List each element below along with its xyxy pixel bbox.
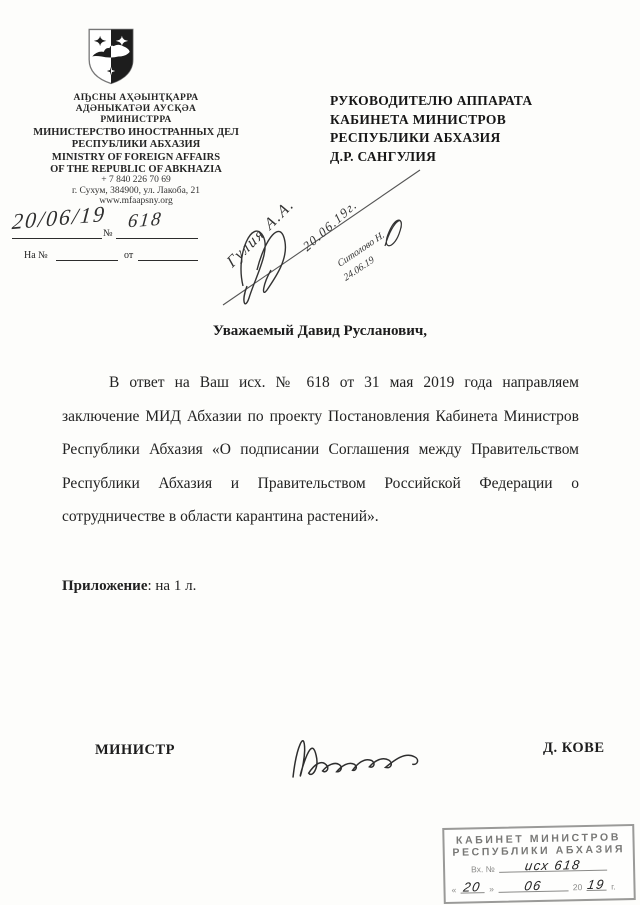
stamp-year-suffix: г.: [611, 881, 616, 891]
outgoing-number-handwritten: 618: [127, 209, 164, 234]
incoming-ref-from-label: от: [124, 250, 133, 261]
registration-stamp: КАБИНЕТ МИНИСТРОВ РЕСПУБЛИКИ АБХАЗИЯ Вх.…: [442, 824, 636, 904]
incoming-ref-number-blank: [56, 250, 118, 261]
incoming-ref-date-blank: [138, 250, 198, 261]
stamp-year-handwritten: 19: [587, 877, 607, 892]
recipient-block: РУКОВОДИТЕЛЮ АППАРАТА КАБИНЕТА МИНИСТРОВ…: [330, 92, 610, 166]
salutation: Уважаемый Давид Русланович,: [0, 323, 640, 340]
attachment-line: Приложение: на 1 л.: [62, 578, 196, 595]
ministry-ru-line-2: РЕСПУБЛИКИ АБХАЗИЯ: [0, 139, 272, 151]
recipient-line-1: РУКОВОДИТЕЛЮ АППАРАТА: [330, 92, 610, 111]
stamp-day-handwritten: 20: [463, 879, 483, 894]
abkhaz-line-2: АДӘНЫҞАТӘИ АУСҚӘА: [0, 104, 272, 115]
recipient-line-3: РЕСПУБЛИКИ АБХАЗИЯ: [330, 129, 610, 148]
stamp-close-quote: »: [489, 884, 494, 894]
outgoing-number-label: №: [103, 228, 113, 239]
stamp-open-quote: «: [451, 885, 456, 895]
abkhaz-line-3: РМИНИСТРРА: [0, 115, 272, 126]
stamp-number-handwritten: исх 618: [524, 857, 582, 873]
minister-signature: [280, 714, 430, 790]
minister-title: МИНИСТР: [95, 742, 175, 759]
stamp-month-handwritten: 06: [523, 878, 543, 893]
incoming-ref-label: На №: [24, 250, 48, 261]
attachment-value: : на 1 л.: [147, 578, 196, 594]
attachment-label: Приложение: [62, 578, 147, 594]
abkhaz-line-1: АҦСНЫ АҲӘЫНҬҚАРРА: [0, 93, 272, 104]
stamp-year-prefix: 20: [573, 882, 583, 892]
ministry-name-abkhaz: АҦСНЫ АҲӘЫНҬҚАРРА АДӘНЫҞАТӘИ АУСҚӘА РМИН…: [0, 93, 272, 126]
minister-name: Д. КОВЕ: [543, 740, 605, 757]
body-paragraph: В ответ на Ваш исх. № 618 от 31 мая 2019…: [62, 366, 579, 534]
ministry-ru-line-1: МИНИСТЕРСТВО ИНОСТРАННЫХ ДЕЛ: [0, 127, 272, 139]
resolution-initials-flourish: [385, 220, 401, 246]
ministry-name-russian: МИНИСТЕРСТВО ИНОСТРАННЫХ ДЕЛ РЕСПУБЛИКИ …: [0, 127, 272, 151]
abkhazia-coat-of-arms-icon: [85, 26, 137, 87]
recipient-line-2: КАБИНЕТА МИНИСТРОВ: [330, 111, 610, 130]
scanned-letter-page: АҦСНЫ АҲӘЫНҬҚАРРА АДӘНЫҞАТӘИ АУСҚӘА РМИН…: [0, 0, 640, 905]
stamp-number-label: Вх. №: [471, 864, 495, 874]
